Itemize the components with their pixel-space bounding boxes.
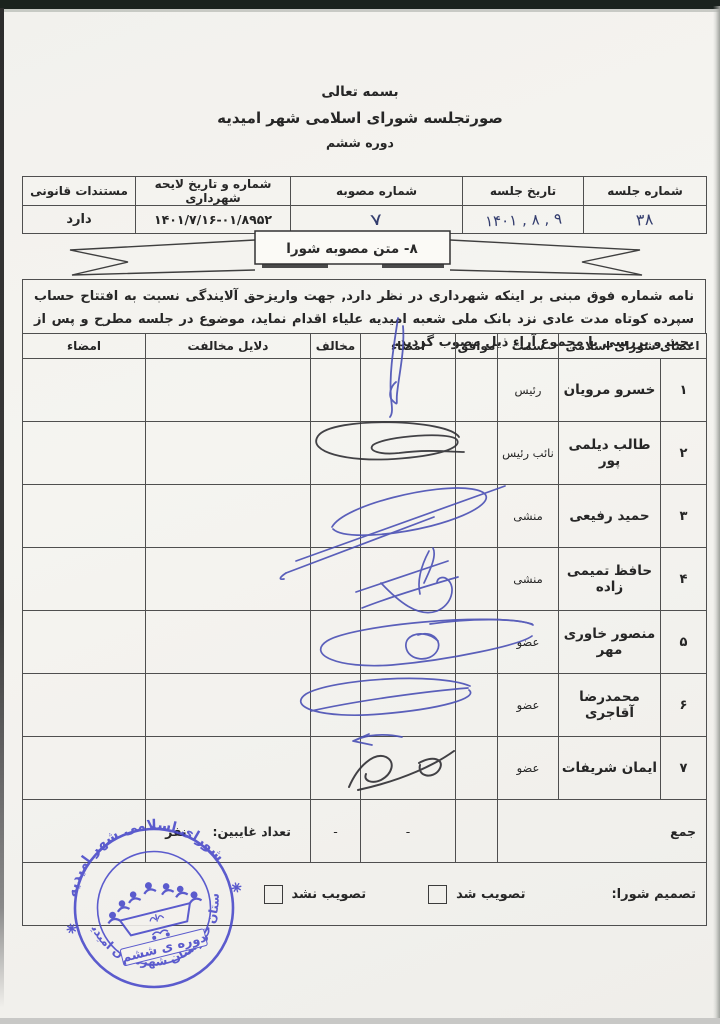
- member-position: منشی: [498, 485, 559, 548]
- member-position: عضو: [498, 737, 559, 800]
- reasons-cell: [146, 485, 311, 548]
- member-row-4: ۴ حافظ تمیمی زاده منشی: [23, 548, 707, 611]
- signature-cell: [361, 548, 456, 611]
- oppose-cell: [311, 359, 361, 422]
- total-signature-dash: -: [361, 800, 456, 863]
- agree-cell: [456, 548, 498, 611]
- banner-label: ۸- متن مصوبه شورا: [286, 241, 418, 257]
- agree-cell: [456, 611, 498, 674]
- signature2-cell: [23, 485, 146, 548]
- scan-edge-right: [713, 6, 720, 1024]
- stamp-band: [120, 929, 208, 966]
- scan-edge-bottom: [0, 1018, 720, 1024]
- resolution-text: نامه شماره فوق مبنی بر اینکه شهرداری در …: [22, 279, 706, 333]
- col-session-number: شماره جلسه: [584, 177, 707, 206]
- member-no: ۱: [661, 359, 707, 422]
- scan-edge-top: [0, 0, 720, 9]
- reasons-cell: [146, 674, 311, 737]
- member-name: محمدرضا آقاجری: [559, 674, 661, 737]
- col-position: سمت: [498, 334, 559, 359]
- col-session-date: تاریخ جلسه: [463, 177, 584, 206]
- member-no: ۲: [661, 422, 707, 485]
- oppose-cell: [311, 422, 361, 485]
- member-no: ۴: [661, 548, 707, 611]
- member-position: منشی: [498, 548, 559, 611]
- document-header: بسمه تعالی صورتجلسه شورای اسلامی شهر امی…: [0, 84, 720, 150]
- col-signature-2: امضاء: [23, 334, 146, 359]
- agree-cell: [456, 359, 498, 422]
- member-name: حمید رفیعی: [559, 485, 661, 548]
- info-header-row: شماره جلسه تاریخ جلسه شماره مصوبه شماره …: [23, 177, 707, 206]
- document-title: صورتجلسه شورای اسلامی شهر امیدیه: [0, 109, 720, 127]
- signature2-cell: [23, 548, 146, 611]
- member-no: ۶: [661, 674, 707, 737]
- absent-count-cell: تعداد غایبین:نفر: [146, 800, 311, 863]
- col-opposition-reasons: دلایل مخالفت: [146, 334, 311, 359]
- approved-label: تصویب شد: [456, 887, 525, 902]
- oppose-cell: [311, 611, 361, 674]
- term-label: دوره ششم: [0, 135, 720, 150]
- col-signature: امضاء: [361, 334, 456, 359]
- agree-cell: [456, 737, 498, 800]
- signature-cell: [361, 611, 456, 674]
- total-signature2-cell: [23, 800, 146, 863]
- scanned-document: بسمه تعالی صورتجلسه شورای اسلامی شهر امی…: [0, 0, 720, 1024]
- absent-label: تعداد غایبین:: [213, 824, 291, 839]
- member-name: طالب دیلمی پور: [559, 422, 661, 485]
- signature2-cell: [23, 737, 146, 800]
- member-row-1: ۱ خسرو مرویان رئیس: [23, 359, 707, 422]
- approved-checkbox: [428, 885, 447, 904]
- signature2-cell: [23, 674, 146, 737]
- rejected-label: تصویب نشد: [292, 887, 367, 902]
- signature-cell: [361, 359, 456, 422]
- reasons-cell: [146, 737, 311, 800]
- member-row-5: ۵ منصور خاوری مهر عضو: [23, 611, 707, 674]
- member-row-2: ۲ طالب دیلمی پور نائب رئیس: [23, 422, 707, 485]
- bismillah-text: بسمه تعالی: [0, 84, 720, 100]
- signature-cell: [361, 674, 456, 737]
- signature-cell: [361, 422, 456, 485]
- oppose-cell: [311, 548, 361, 611]
- total-oppose-dash: -: [311, 800, 361, 863]
- absent-value: نفر: [165, 824, 186, 839]
- signature2-cell: [23, 422, 146, 485]
- oppose-cell: [311, 674, 361, 737]
- bill-number-date-value: ۱۴۰۱/۷/۱۶-۰۱/۸۹۵۲: [154, 212, 272, 227]
- decision-label: تصمیم شورا:: [611, 887, 696, 902]
- reasons-cell: [146, 548, 311, 611]
- signature-cell: [361, 737, 456, 800]
- resolution-number-value: ۷: [369, 210, 384, 230]
- rejected-checkbox: [264, 885, 283, 904]
- col-bill-number-date: شماره و تاریخ لایحه شهرداری: [136, 177, 291, 206]
- member-name: حافظ تمیمی زاده: [559, 548, 661, 611]
- section-banner: ۸- متن مصوبه شورا: [30, 229, 690, 279]
- total-row: جمع - - تعداد غایبین:نفر: [23, 800, 707, 863]
- agree-cell: [456, 485, 498, 548]
- col-oppose: مخالف: [311, 334, 361, 359]
- agree-cell: [456, 422, 498, 485]
- member-position: رئیس: [498, 359, 559, 422]
- col-resolution-number: شماره مصوبه: [291, 177, 463, 206]
- member-position: عضو: [498, 611, 559, 674]
- member-no: ۳: [661, 485, 707, 548]
- total-agree-cell: [456, 800, 498, 863]
- member-row-6: ۶ محمدرضا آقاجری عضو: [23, 674, 707, 737]
- member-name: ایمان شریفات: [559, 737, 661, 800]
- reasons-cell: [146, 422, 311, 485]
- members-table: اعضای شورای اسلامی سمت موافق امضاء مخالف…: [22, 333, 707, 926]
- member-row-3: ۳ حمید رفیعی منشی: [23, 485, 707, 548]
- col-legal-docs: مستندات قانونی: [23, 177, 136, 206]
- member-position: نائب رئیس: [498, 422, 559, 485]
- member-name: خسرو مرویان: [559, 359, 661, 422]
- session-number-value: ۳۸: [636, 209, 654, 229]
- member-no: ۵: [661, 611, 707, 674]
- oppose-cell: [311, 485, 361, 548]
- member-no: ۷: [661, 737, 707, 800]
- total-label: جمع: [498, 800, 707, 863]
- member-position: عضو: [498, 674, 559, 737]
- col-members: اعضای شورای اسلامی: [559, 334, 707, 359]
- reasons-cell: [146, 359, 311, 422]
- oppose-cell: [311, 737, 361, 800]
- col-agree: موافق: [456, 334, 498, 359]
- members-header-row: اعضای شورای اسلامی سمت موافق امضاء مخالف…: [23, 334, 707, 359]
- reasons-cell: [146, 611, 311, 674]
- agree-cell: [456, 674, 498, 737]
- stamp-band-text: دوره ی ششم: [120, 930, 208, 966]
- member-row-7: ۷ ایمان شریفات عضو: [23, 737, 707, 800]
- signature-cell: [361, 485, 456, 548]
- signature2-cell: [23, 359, 146, 422]
- member-name: منصور خاوری مهر: [559, 611, 661, 674]
- session-date-value: ۹ , ۸ , ۱۴۰۱: [484, 209, 562, 230]
- signature2-cell: [23, 611, 146, 674]
- decision-row: تصمیم شورا: تصویب شد تصویب نشد: [23, 863, 707, 926]
- session-info-table: شماره جلسه تاریخ جلسه شماره مصوبه شماره …: [22, 176, 707, 234]
- scan-edge-left: [0, 8, 4, 1008]
